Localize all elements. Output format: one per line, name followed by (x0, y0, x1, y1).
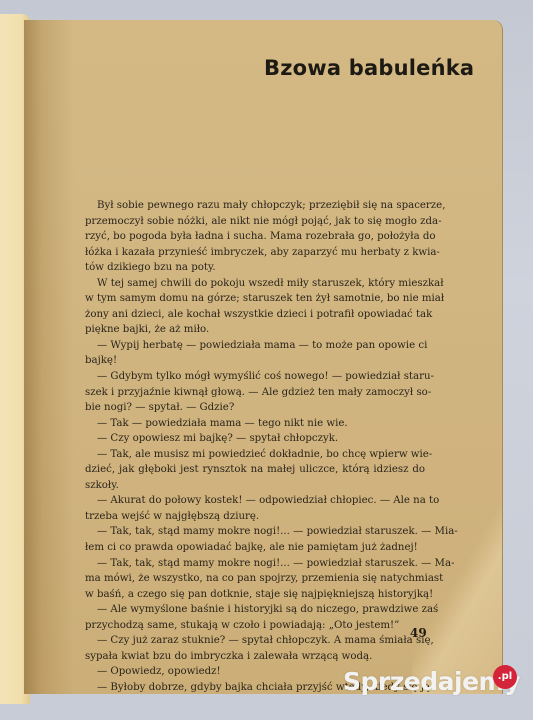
text-line: tów dzikiego bzu na poty. (85, 260, 425, 276)
text-line: w baśń, a czego się pan dotknie, staje s… (85, 587, 425, 603)
text-line: — Tak — powiedziała mama — tego nikt nie… (85, 416, 425, 432)
text-line: bajkę! (85, 353, 425, 369)
text-line: — Czy opowiesz mi bajkę? — spytał chłopc… (85, 431, 425, 447)
text-line: łóżka i kazała przynieść imbryczek, aby … (85, 245, 425, 261)
text-line: bie nogi? — spytał. — Gdzie? (85, 400, 425, 416)
text-line: — Gdybym tylko mógł wymyślić coś nowego!… (85, 369, 425, 385)
text-line: piękne bajki, że aż miło. (85, 322, 425, 338)
text-line: rzyć, bo pogoda była ładna i sucha. Mama… (85, 229, 425, 245)
chapter-title: Bzowa babuleńka (264, 56, 474, 80)
text-line: — Wypij herbatę — powiedziała mama — to … (85, 338, 425, 354)
text-line: trzeba wejść w najgłębszą dziurę. (85, 509, 425, 525)
text-line: łem ci co prawda opowiadać bajkę, ale ni… (85, 540, 425, 556)
text-line: — Tak, tak, stąd mamy mokre nogi!... — p… (85, 556, 425, 572)
text-line: przemoczył sobie nóżki, ale nikt nie móg… (85, 214, 425, 230)
page-number: 49 (410, 626, 427, 640)
text-line: szkoły. (85, 478, 425, 494)
text-line: sypała kwiat bzu do imbryczka i zalewała… (85, 649, 425, 665)
text-line: — Ale wymyślone baśnie i historyjki są d… (85, 602, 425, 618)
text-line: — Czy już zaraz stuknie? — spytał chłopc… (85, 633, 425, 649)
text-line: szek i przyjaźnie kiwnął głową. — Ale gd… (85, 385, 425, 401)
text-line: ma mówi, że wszystko, na co pan spojrzy,… (85, 571, 425, 587)
text-line: przychodzą same, stukają w czoło i powia… (85, 618, 425, 634)
text-line: dzieć, jak głęboki jest rynsztok na małe… (85, 462, 425, 478)
text-line: — Akurat do połowy kostek! — odpowiedzia… (85, 493, 425, 509)
text-line: w tym samym domu na górze; staruszek ten… (85, 291, 425, 307)
photo-scene: Bzowa babuleńka Był sobie pewnego razu m… (0, 0, 533, 720)
text-line: — Tak, tak, stąd mamy mokre nogi!... — p… (85, 524, 425, 540)
watermark-badge: .pl (493, 665, 517, 689)
text-line: Był sobie pewnego razu mały chłopczyk; p… (85, 198, 425, 214)
text-line: żony ani dzieci, ale kochał wszystkie dz… (85, 307, 425, 323)
story-text: Był sobie pewnego razu mały chłopczyk; p… (85, 198, 425, 696)
text-line: W tej samej chwili do pokoju wszedł miły… (85, 276, 425, 292)
text-line: — Tak, ale musisz mi powiedzieć dokładni… (85, 447, 425, 463)
